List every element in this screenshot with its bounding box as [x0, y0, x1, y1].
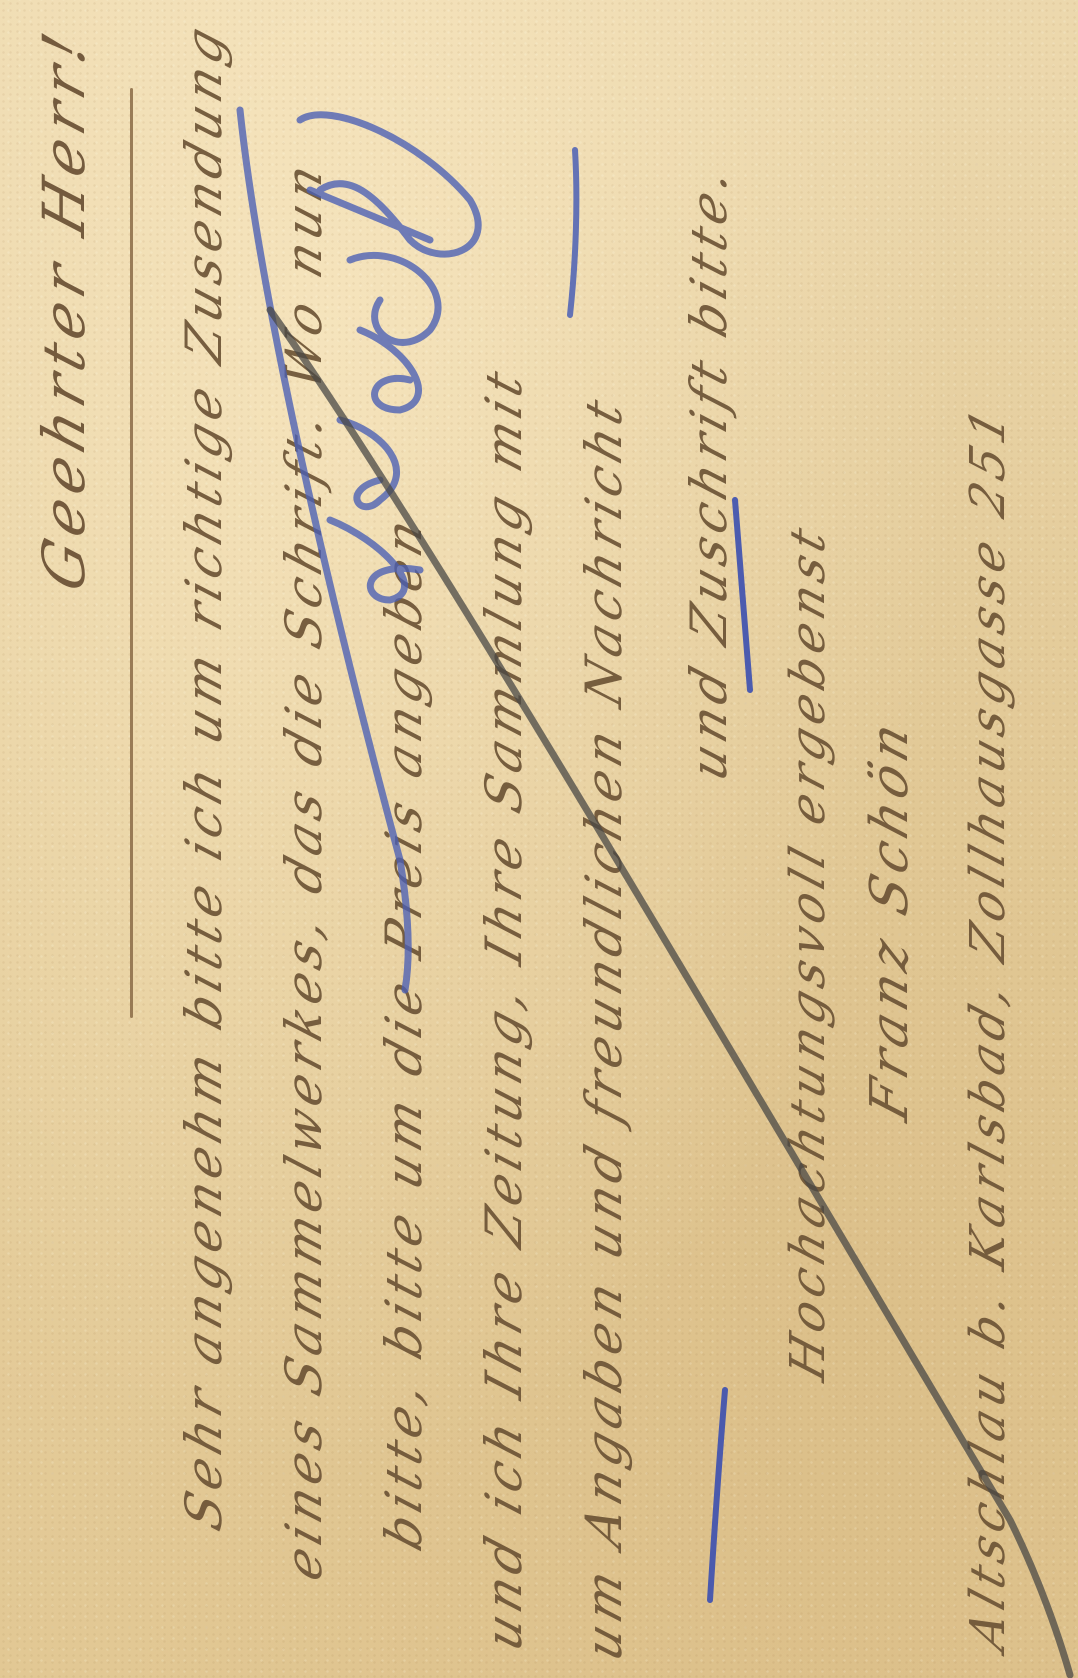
- annotation-marks: [0, 0, 1078, 1678]
- graphite-strike-line: [270, 310, 1070, 1675]
- postcard: Geehrter Herr! Sehr angenehm bitte ich u…: [0, 0, 1078, 1678]
- blue-mark-3: [710, 1390, 725, 1600]
- blue-pencil-annotation: [240, 110, 478, 990]
- blue-mark-2: [735, 500, 750, 690]
- blue-mark-1: [570, 150, 576, 315]
